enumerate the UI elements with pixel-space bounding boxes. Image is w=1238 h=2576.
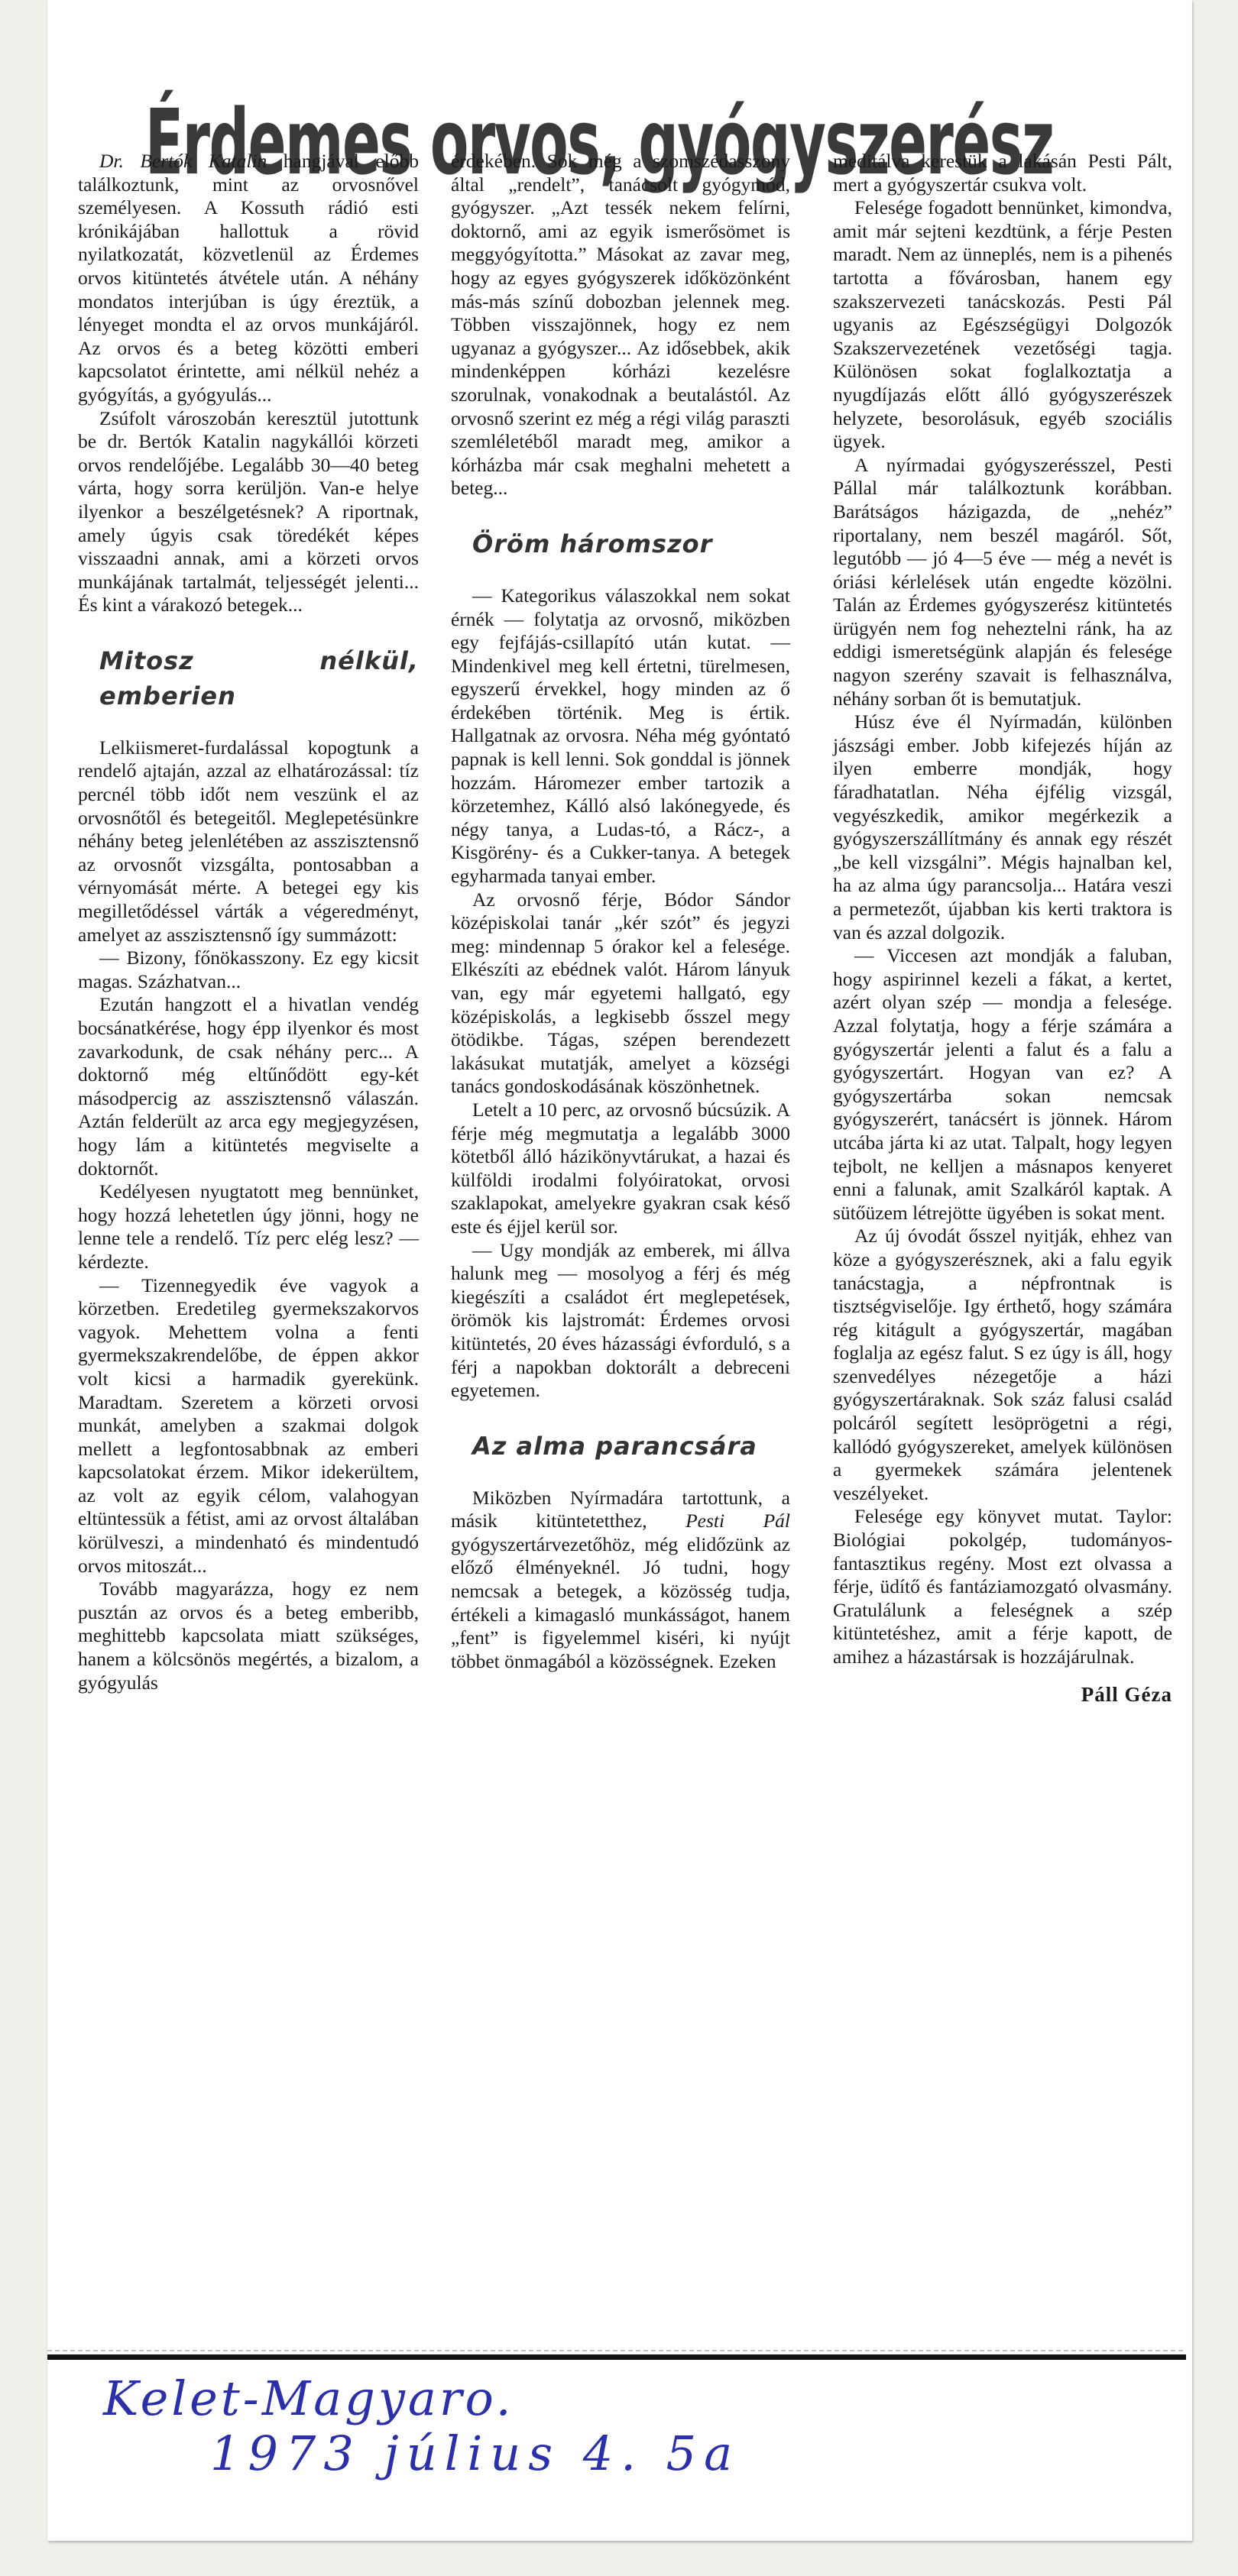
paragraph: Dr. Bertók Katalin hangjával előbb talál… xyxy=(78,150,419,407)
divider-dotted xyxy=(47,2350,1186,2351)
paragraph: — Viccesen azt mondják a faluban, hogy a… xyxy=(833,944,1172,1225)
handwritten-date: 1973 július 4. 5a xyxy=(210,2427,740,2481)
paragraph: Lelkiismeret-furdalással kopogtunk a ren… xyxy=(78,736,419,947)
paragraph: — Tizennegyedik éve vagyok a körzetben. … xyxy=(78,1274,419,1578)
article-column-2: érdekében. Sok még a szomszédasszony ált… xyxy=(451,150,790,1673)
subheading-mitosz-nelkul: Mitosz nélkül, emberien xyxy=(99,643,419,714)
paragraph: Felesége fogadott bennünket, kimondva, a… xyxy=(833,196,1172,454)
paragraph: — Bizony, főnökasszony. Ez egy kicsit ma… xyxy=(78,947,419,993)
paragraph: — Kategorikus válaszokkal nem sokat érné… xyxy=(451,584,790,888)
paragraph: Letelt a 10 perc, az orvosnő búcsúzik. A… xyxy=(451,1099,790,1239)
paragraph: Az orvosnő férje, Bódor Sándor középisko… xyxy=(451,888,790,1099)
paragraph: Miközben Nyírmadára tartottunk, a másik … xyxy=(451,1487,790,1674)
handwritten-source-note: Kelet-Magyaro. 1973 július 4. 5a xyxy=(103,2372,944,2494)
paragraph: Felesége egy könyvet mutat. Taylor: Biol… xyxy=(833,1505,1172,1668)
article-column-1: Dr. Bertók Katalin hangjával előbb talál… xyxy=(78,150,419,1694)
paragraph: Ezután hangzott el a hivatlan vendég boc… xyxy=(78,993,419,1180)
paragraph: Húsz éve él Nyírmadán, különben jászsági… xyxy=(833,710,1172,944)
paragraph: — Ugy mondják az emberek, mi állva halun… xyxy=(451,1239,790,1403)
pharmacist-name: Pesti Pál xyxy=(685,1510,790,1532)
paragraph: Kedélyesen nyugtatott meg bennünket, hog… xyxy=(78,1180,419,1273)
author-byline: Páll Géza xyxy=(833,1683,1172,1707)
paragraph: A nyírmadai gyógyszerésszel, Pesti Pálla… xyxy=(833,454,1172,711)
article-column-3: meditálva kerestük a lakásán Pesti Pált,… xyxy=(833,150,1172,1706)
divider-rule xyxy=(47,2354,1186,2360)
subheading-orom-haromszor: Öröm háromszor xyxy=(472,526,790,561)
paragraph: meditálva kerestük a lakásán Pesti Pált,… xyxy=(833,150,1172,196)
paragraph: érdekében. Sok még a szomszédasszony ált… xyxy=(451,150,790,500)
subheading-az-alma-parancsara: Az alma parancsára xyxy=(472,1429,790,1464)
paragraph: Az új óvodát ősszel nyitják, ehhez van k… xyxy=(833,1225,1172,1505)
handwritten-source: Kelet-Magyaro. xyxy=(103,2372,514,2426)
doctor-name: Dr. Bertók Katalin xyxy=(99,150,267,172)
paragraph: Tovább magyarázza, hogy ez nem pusztán a… xyxy=(78,1578,419,1694)
paragraph: Zsúfolt városzobán keresztül jutottunk b… xyxy=(78,407,419,617)
